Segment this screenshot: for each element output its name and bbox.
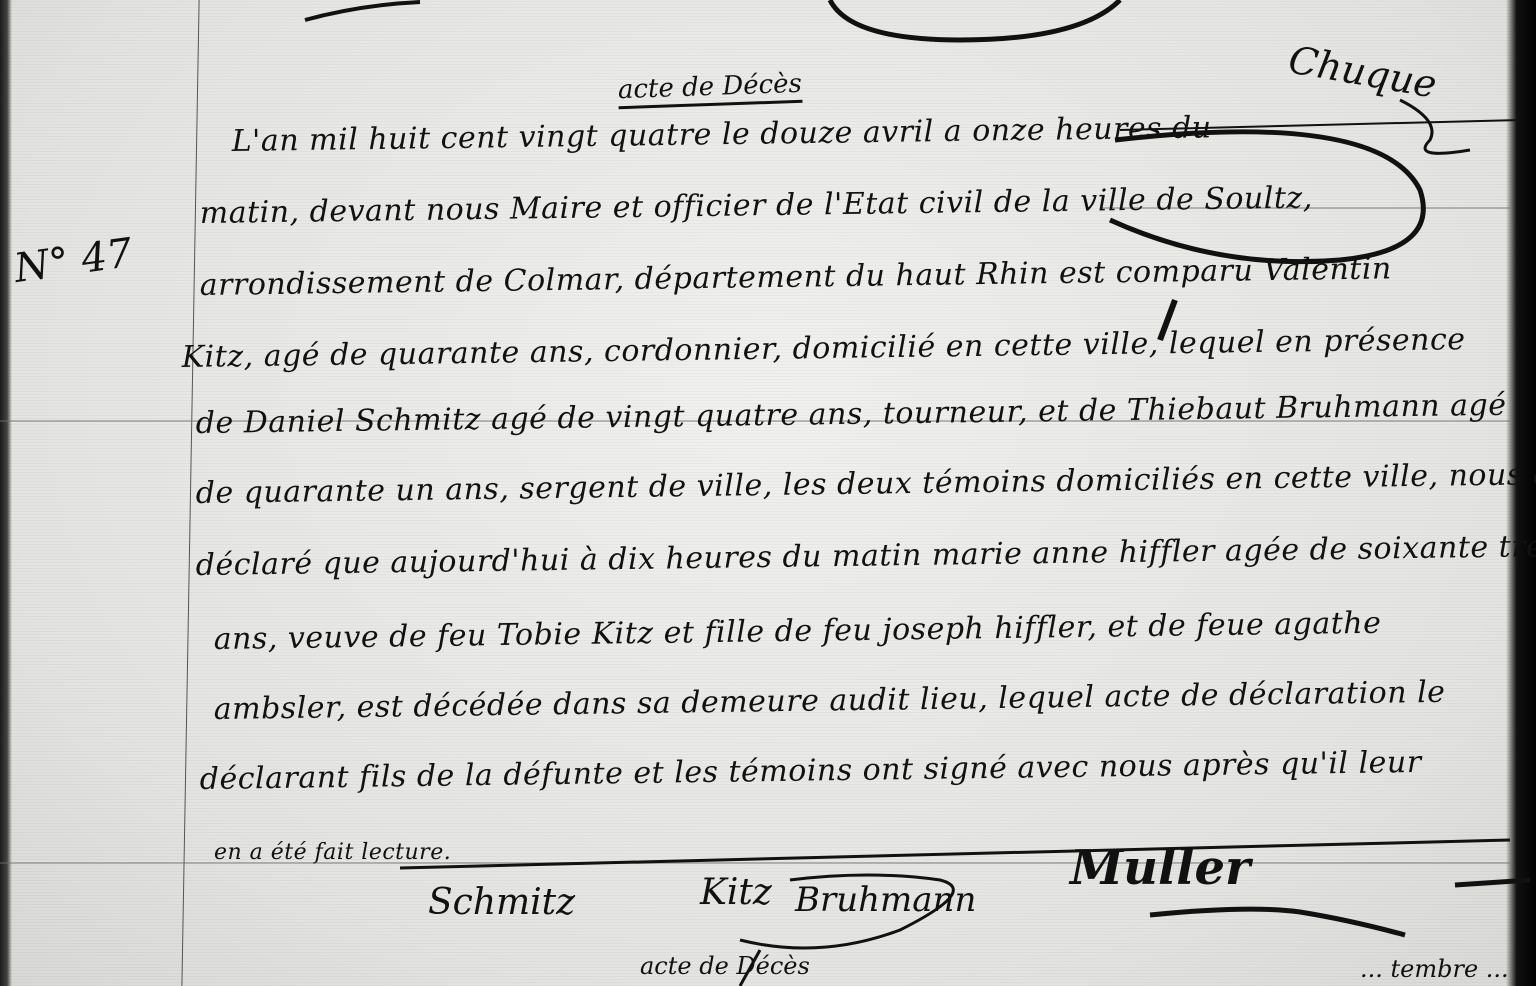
next-record-title-fragment: acte de Décès xyxy=(640,952,810,980)
signature-bruhmann: Bruhmann xyxy=(795,880,976,920)
signature-mayor: Muller xyxy=(1070,840,1250,896)
record-title: acte de Décès xyxy=(617,69,802,109)
signature-schmitz: Schmitz xyxy=(428,882,575,923)
record-line-11: en a été fait lecture. xyxy=(214,840,451,865)
next-record-text-fragment: ... tembre ... xyxy=(1360,955,1509,983)
signature-kitz: Kitz xyxy=(700,872,772,913)
